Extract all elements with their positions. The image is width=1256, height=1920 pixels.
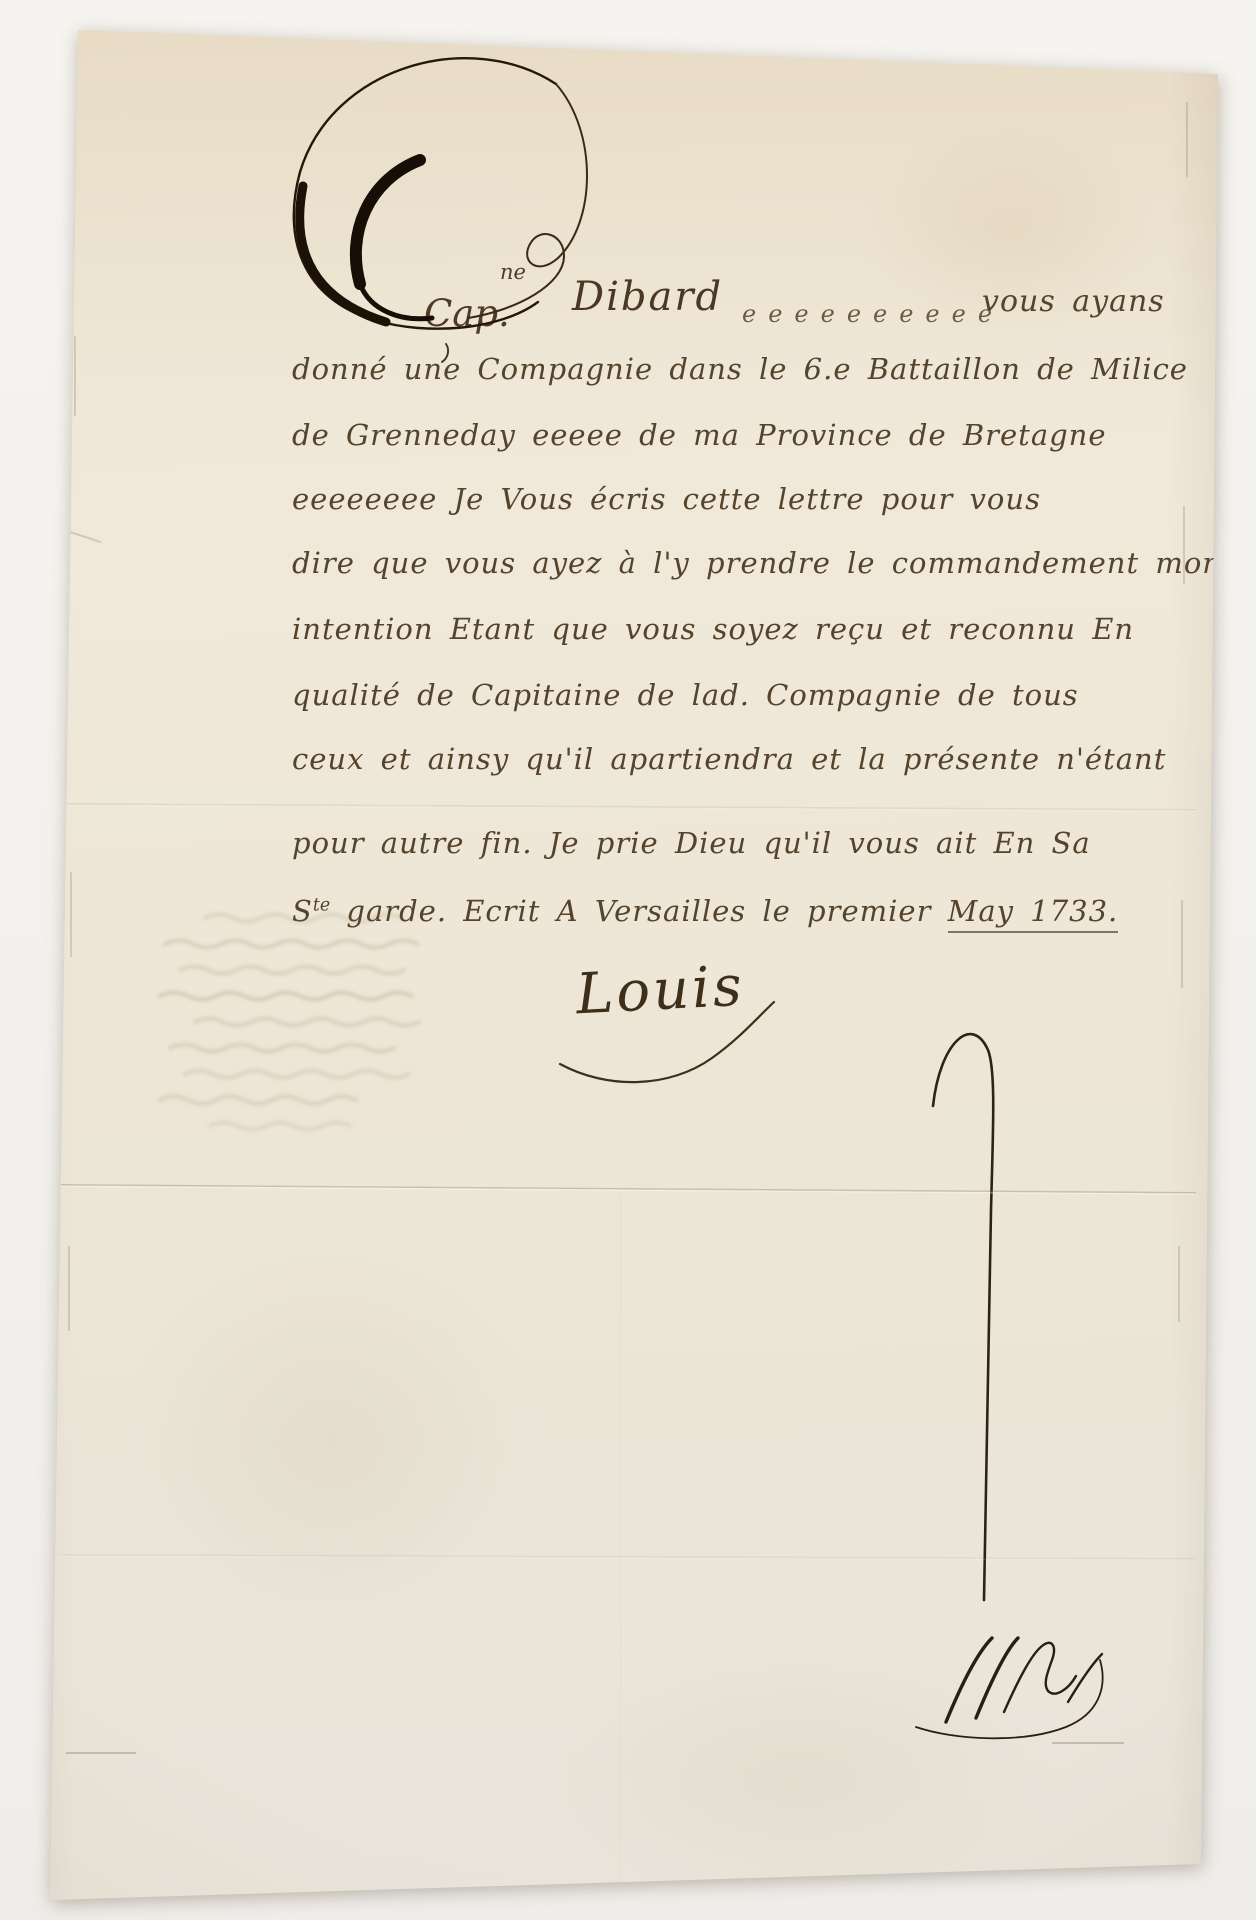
opening-line-end: vous ayans [982, 284, 1165, 319]
rank-superscript: ne [500, 260, 526, 284]
dateline-date: May 1733. [948, 894, 1119, 933]
paper-stain [540, 1650, 1060, 1910]
body-line: ceux et ainsy qu'il apartiendra et la pr… [292, 742, 1166, 776]
rank-abbreviation: Cap. [424, 292, 510, 335]
binding-slit-mark [68, 1246, 70, 1331]
body-line: pour autre fin. Je prie Dieu qu'il vous … [292, 826, 1091, 860]
royal-signature: Louis [574, 954, 746, 1028]
photograph-background: Cap. ne Dibard eeeeeeeeee vous ayans don… [0, 0, 1256, 1920]
binding-slit-mark [70, 872, 72, 957]
dateline-initial: S [292, 894, 313, 928]
fold-crease-horizontal [58, 1554, 1196, 1561]
edge-crease-mark [57, 527, 101, 543]
dateline-superscript: te [313, 895, 330, 915]
binding-slit-mark [74, 336, 76, 416]
binding-slit-mark [1186, 102, 1188, 177]
body-line: eeeeeeee Je Vous écris cette lettre pour… [292, 482, 1041, 516]
body-line: dire que vous ayez à l'y prendre le comm… [292, 546, 1256, 580]
binding-slit-mark [1181, 900, 1183, 988]
manuscript-paper: Cap. ne Dibard eeeeeeeeee vous ayans don… [0, 0, 1256, 1920]
fold-crease-vertical [620, 1196, 622, 1886]
secretary-paraph-stroke [933, 1034, 993, 1600]
body-line: de Grenneday eeeee de ma Province de Bre… [292, 418, 1107, 452]
fold-crease-horizontal [58, 803, 1196, 812]
fold-crease-horizontal [58, 1184, 1196, 1195]
body-line: qualité de Capitaine de lad. Compagnie d… [292, 678, 1079, 712]
body-line: intention Etant que vous soyez reçu et r… [292, 612, 1134, 646]
binding-slit-mark [1183, 506, 1185, 584]
binding-slit-mark [74, 92, 76, 170]
line-filler-squiggle: eeeeeeeeee [742, 300, 1004, 328]
paper-shadow-wrap: Cap. ne Dibard eeeeeeeeee vous ayans don… [0, 0, 1256, 1920]
binding-slit-mark [1178, 1246, 1180, 1322]
countersignature [916, 1638, 1103, 1738]
binding-slit-mark [1052, 1742, 1124, 1744]
binding-slit-mark [66, 1752, 136, 1754]
recipient-name: Dibard [572, 274, 723, 320]
body-line: donné une Compagnie dans le 6.e Battaill… [292, 352, 1188, 386]
verso-ghost-text [160, 915, 419, 1130]
paper-stain [120, 1250, 540, 1630]
dateline-text: garde. Ecrit A Versailles le premier [330, 894, 948, 928]
dateline: Ste garde. Ecrit A Versailles le premier… [292, 894, 1118, 928]
